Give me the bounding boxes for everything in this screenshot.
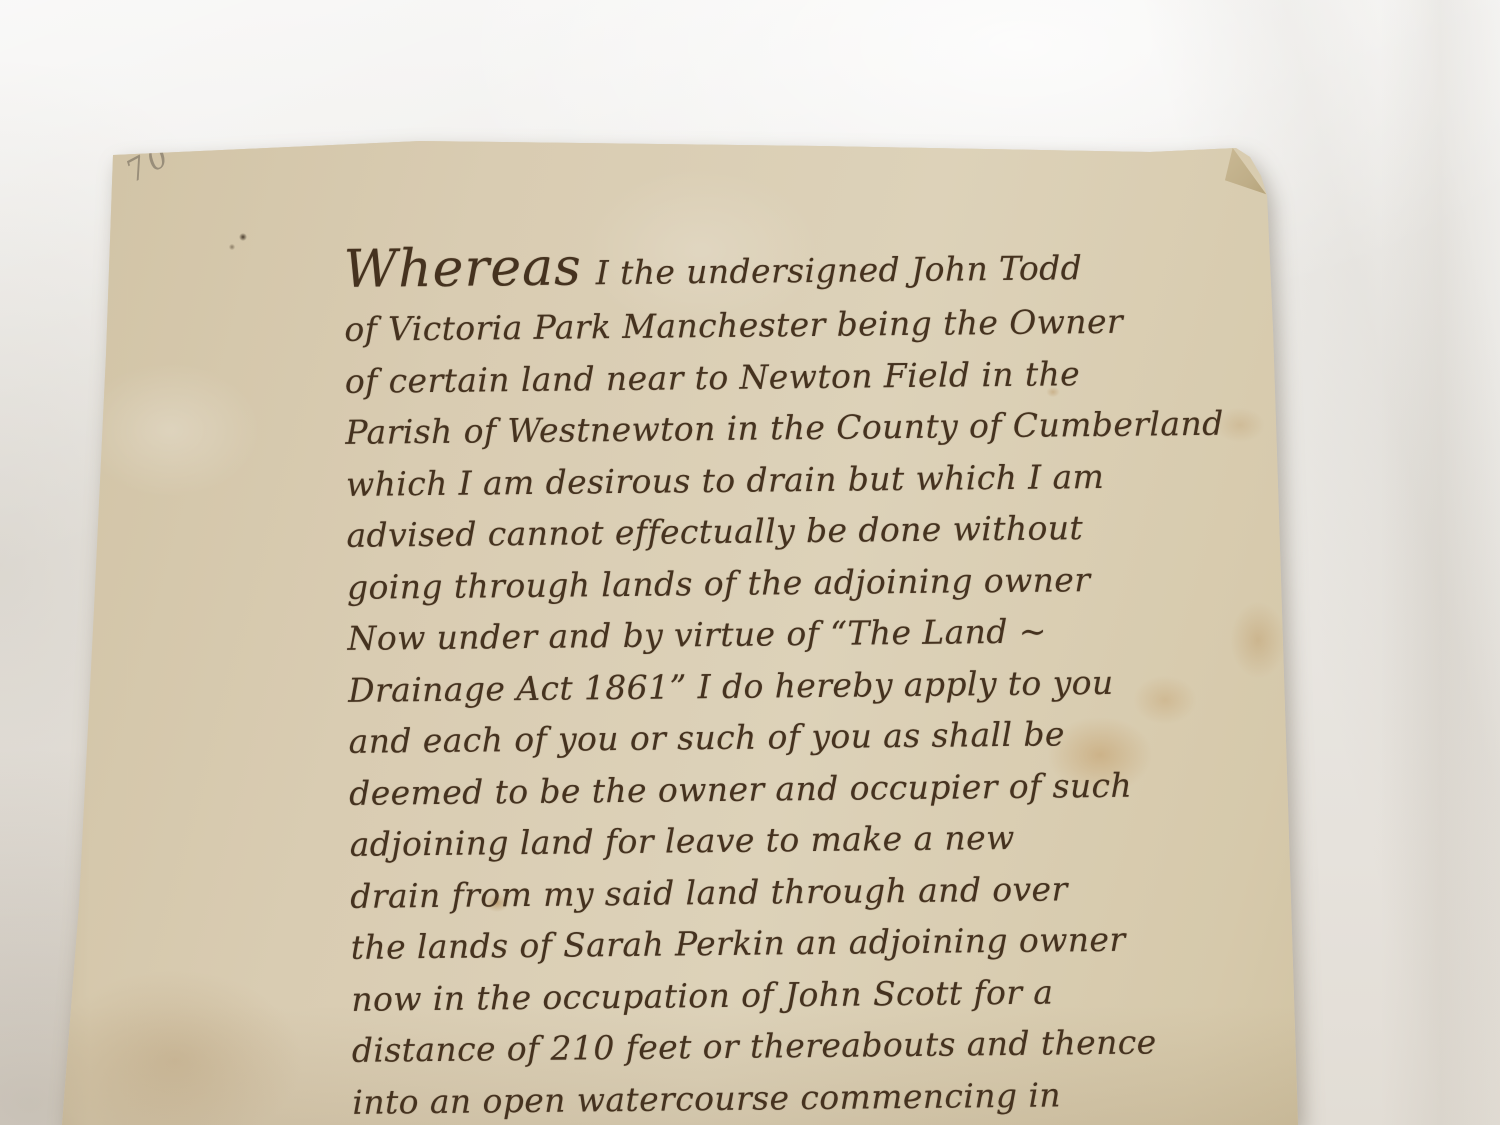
pencil-mark: 70: [120, 137, 177, 190]
manuscript-line-text: I the undersigned John Todd: [596, 248, 1083, 292]
manuscript-page: 70 WhereasI the undersigned John Todd of…: [0, 0, 1500, 1125]
manuscript-line: Parish of Westnewton in the County of Cu…: [345, 397, 1275, 458]
folded-corner: [1224, 142, 1272, 200]
manuscript-page-wrapper: 70 WhereasI the undersigned John Todd of…: [0, 0, 1500, 1125]
manuscript-line: into an open watercourse commencing in: [352, 1067, 1282, 1125]
manuscript-line: WhereasI the undersigned John Todd: [343, 228, 1274, 302]
manuscript-line: distance of 210 feet or thereabouts and …: [352, 1015, 1282, 1076]
manuscript-text: WhereasI the undersigned John Todd of Vi…: [343, 228, 1282, 1125]
photograph: 70 WhereasI the undersigned John Todd of…: [0, 0, 1500, 1125]
manuscript-lines: of Victoria Park Manchester being the Ow…: [344, 294, 1283, 1125]
opening-word: Whereas: [343, 237, 582, 299]
